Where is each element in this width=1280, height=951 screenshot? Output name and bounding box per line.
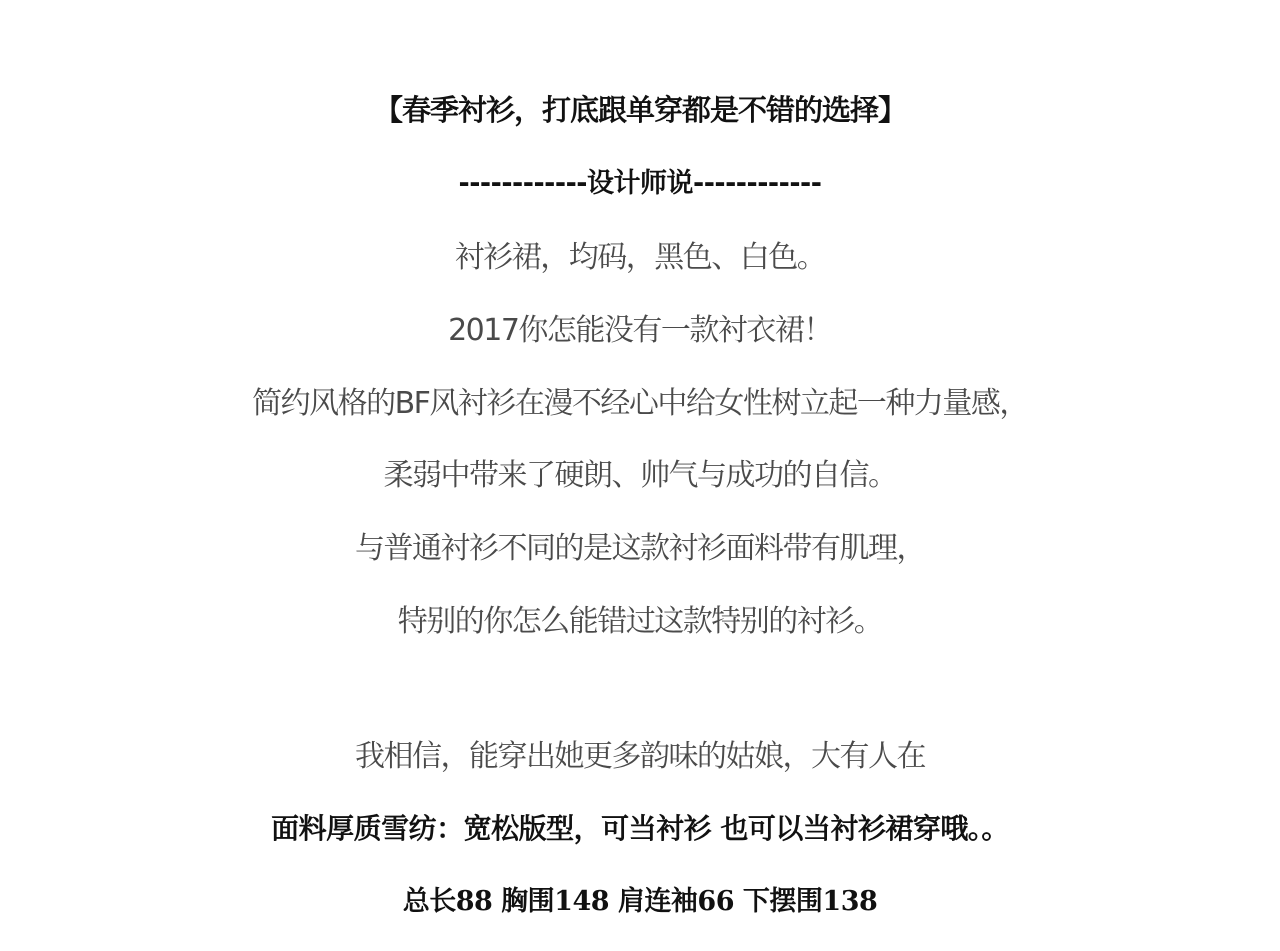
paragraph: 衬衫裙，均码，黑色、白色。 bbox=[0, 243, 1280, 273]
paragraph: 我相信，能穿出她更多韵味的姑娘，大有人在 bbox=[0, 742, 1280, 772]
measurements: 总长88 胸围148 肩连袖66 下摆围138 bbox=[0, 888, 1280, 915]
paragraph: 特别的你怎么能错过这款特别的衬衫。 bbox=[0, 607, 1280, 637]
document-title: 【春季衬衫，打底跟单穿都是不错的选择】 bbox=[0, 96, 1280, 125]
paragraph: 简约风格的BF风衬衫在漫不经心中给女性树立起一种力量感， bbox=[0, 389, 1280, 419]
paragraph: 柔弱中带来了硬朗、帅气与成功的自信。 bbox=[0, 461, 1280, 491]
paragraph: 2017你怎能没有一款衬衣裙！ bbox=[0, 316, 1280, 346]
paragraph: 与普通衬衫不同的是这款衬衫面料带有肌理， bbox=[0, 534, 1280, 564]
fabric-note: 面料厚质雪纺：宽松版型，可当衬衫 也可以当衬衫裙穿哦。。 bbox=[0, 815, 1280, 843]
section-divider-designer-says: ------------设计师说------------ bbox=[0, 170, 1280, 197]
